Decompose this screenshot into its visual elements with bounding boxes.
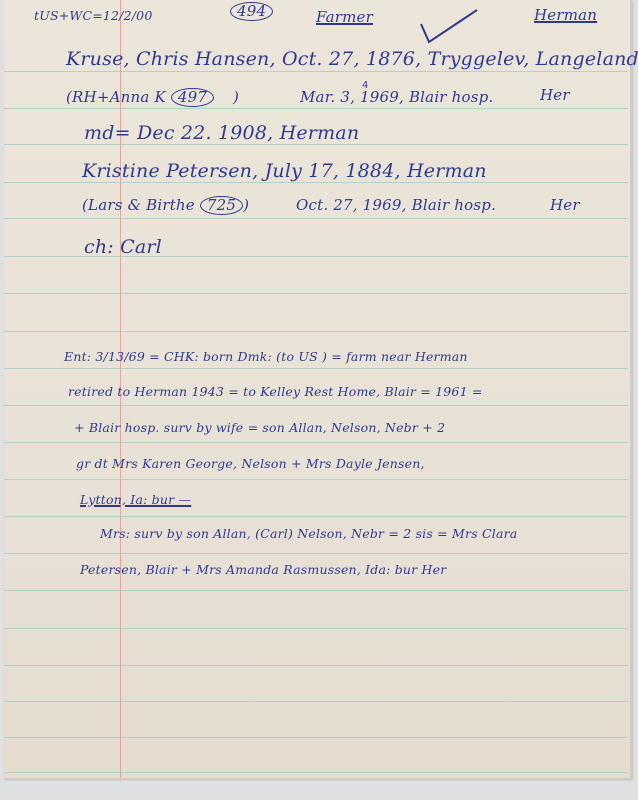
note-line: gr dt Mrs Karen George, Nelson + Mrs Day… [76, 456, 425, 471]
wife-parents-record: 725 [200, 196, 243, 215]
notebook-page: tUS+WC=12/2/00 494 Farmer Herman Kruse, … [4, 0, 632, 779]
rule-line [4, 479, 628, 480]
marriage-line: md= Dec 22. 1908, Herman [84, 122, 359, 144]
wife-birth-line: Kristine Petersen, July 17, 1884, Herman [82, 160, 487, 182]
rule-line [4, 405, 628, 406]
note-line: + Blair hosp. surv by wife = son Allan, … [74, 420, 445, 435]
rule-line [4, 144, 628, 145]
occupation: Farmer [316, 8, 373, 26]
rule-line [4, 331, 628, 332]
rule-line [4, 737, 628, 738]
rule-line [4, 553, 628, 554]
note-line: Ent: 3/13/69 = CHK: born Dmk: (to US ) =… [64, 349, 468, 364]
husband-birth-line: Kruse, Chris Hansen, Oct. 27, 1876, Tryg… [66, 48, 638, 70]
rule-line [4, 516, 628, 517]
rule-line [4, 665, 628, 666]
town: Herman [534, 6, 597, 24]
record-number: 494 [230, 2, 273, 21]
rule-line [4, 772, 628, 773]
husband-burial: Her [540, 86, 570, 104]
wife-burial: Her [550, 196, 580, 214]
rule-line [4, 71, 628, 72]
husband-parents: (RH+Anna K 497 ) [66, 88, 239, 107]
wife-parents: (Lars & Birthe 725) [82, 196, 249, 215]
note-line: retired to Herman 1943 = to Kelley Rest … [68, 384, 483, 399]
note-line: Lytton, Ia: bur — [80, 492, 191, 507]
source-note: tUS+WC=12/2/00 [34, 8, 152, 23]
note-line: Petersen, Blair + Mrs Amanda Rasmussen, … [80, 562, 446, 577]
rule-line [4, 590, 628, 591]
children-line: ch: Carl [84, 236, 162, 258]
rule-line [4, 701, 628, 702]
rule-line [4, 182, 628, 183]
wife-death: Oct. 27, 1969, Blair hosp. [296, 196, 496, 214]
rule-line [4, 293, 628, 294]
rule-line [4, 108, 628, 109]
rule-line [4, 218, 628, 219]
rule-line [4, 442, 628, 443]
note-line: Mrs: surv by son Allan, (Carl) Nelson, N… [100, 526, 517, 541]
checkmark-icon [419, 4, 479, 46]
husband-death: Mar. 3, 1969, Blair hosp. [300, 88, 493, 106]
husband-parents-record: 497 [171, 88, 214, 107]
rule-line [4, 628, 628, 629]
rule-line [4, 368, 628, 369]
